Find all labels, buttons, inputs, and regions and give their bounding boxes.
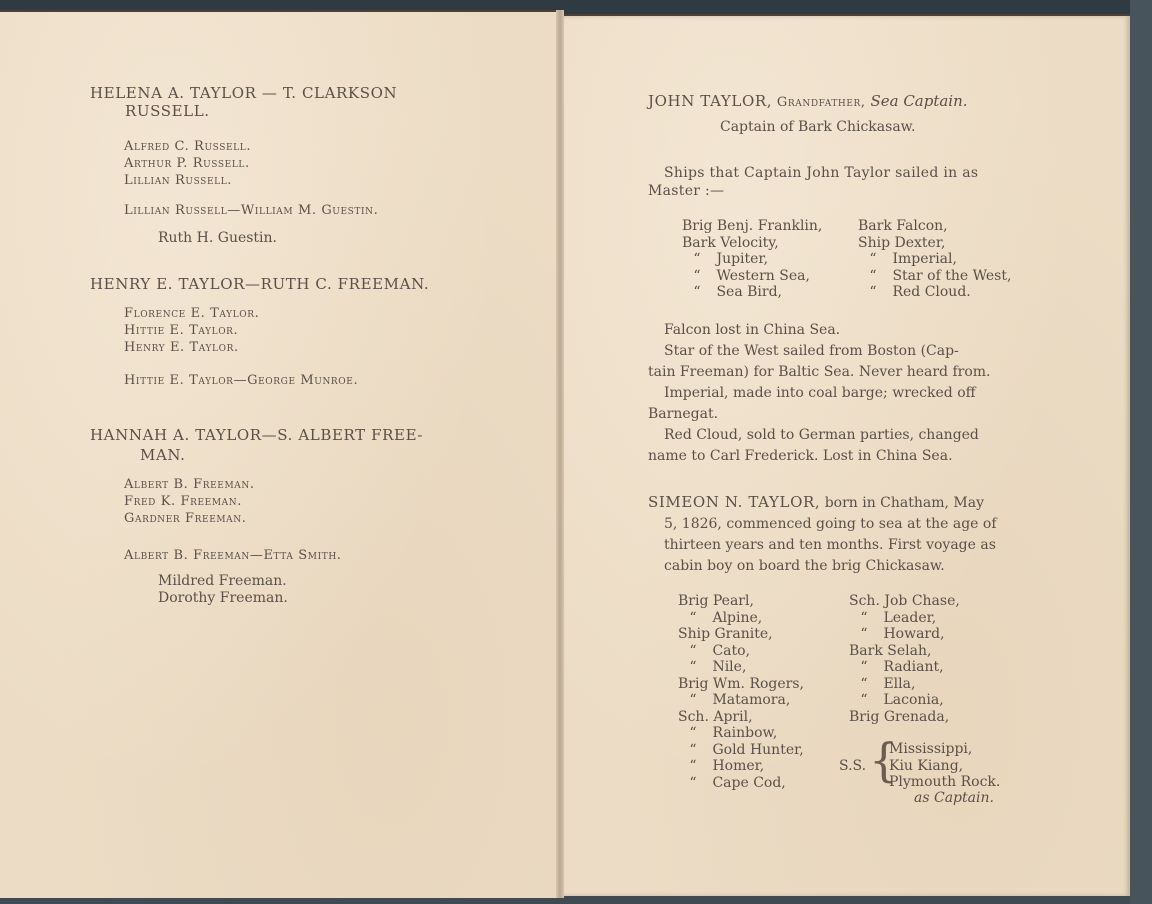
- john-ships-list: Brig Benj. Franklin, Bark Velocity, “ Ju…: [682, 218, 1042, 308]
- child-name: Arthur P. Russell.: [124, 155, 251, 172]
- intro-line: Master :—: [648, 182, 978, 200]
- sub-marriage-albert: Albert B. Freeman—Etta Smith.: [124, 547, 342, 565]
- ship-entry: Sch. April,: [678, 709, 804, 726]
- john-intro: Ships that Captain John Taylor sailed in…: [664, 164, 978, 200]
- sub-marriage-lillian: Lillian Russell—William M. Guestin.: [124, 202, 378, 220]
- family-heading-hannah: HANNAH A. TAYLOR—S. ALBERT FREE- MAN.: [90, 426, 423, 464]
- john-subtitle: Captain of Bark Chickasaw.: [720, 118, 915, 136]
- sub-marriage-hittie: Hittie E. Taylor—George Munroe.: [124, 372, 358, 390]
- child-name: Fred K. Freeman.: [124, 493, 255, 510]
- family-heading-henry: HENRY E. TAYLOR—RUTH C. FREEMAN.: [90, 275, 429, 293]
- child-name: Alfred C. Russell.: [124, 138, 251, 155]
- ship-entry: “ Ella,: [849, 676, 960, 693]
- ship-entry: “ Nile,: [678, 659, 804, 676]
- ship-entry: “ Jupiter,: [682, 251, 822, 268]
- heading-line: HANNAH A. TAYLOR—S. ALBERT FREE-: [90, 426, 423, 444]
- intro-line: Ships that Captain John Taylor sailed in…: [664, 164, 978, 182]
- ship-entry: Sch. Job Chase,: [849, 593, 960, 610]
- note-line: tain Freeman) for Baltic Sea. Never hear…: [648, 362, 1028, 383]
- child-name: Albert B. Freeman.: [124, 476, 255, 493]
- children-list-hannah: Albert B. Freeman. Fred K. Freeman. Gard…: [124, 476, 255, 527]
- ship-entry: “ Star of the West,: [858, 268, 1011, 285]
- simeon-ships-list: Brig Pearl, “ Alpine, Ship Granite, “ Ca…: [678, 593, 1058, 803]
- note-line: name to Carl Frederick. Lost in China Se…: [648, 446, 1028, 467]
- ship-entry: “ Laconia,: [849, 692, 960, 709]
- bio-line: 5, 1826, commenced going to sea at the a…: [648, 514, 997, 535]
- ship-entry: “ Imperial,: [858, 251, 1011, 268]
- grandchild-name: Dorothy Freeman.: [158, 590, 288, 607]
- ship-entry: Bark Selah,: [849, 643, 960, 660]
- ship-entry: “ Radiant,: [849, 659, 960, 676]
- ship-entry: “ Western Sea,: [682, 268, 822, 285]
- ship-entry: “ Alpine,: [678, 610, 804, 627]
- john-ship-notes: Falcon lost in China Sea. Star of the We…: [648, 320, 1028, 467]
- ship-entry: “ Matamora,: [678, 692, 804, 709]
- john-ships-col-right: Bark Falcon, Ship Dexter, “ Imperial, “ …: [858, 218, 1011, 301]
- ship-entry: “ Homer,: [678, 758, 804, 775]
- heading-line: HELENA A. TAYLOR — T. CLARKSON: [90, 84, 397, 102]
- ship-entry: “ Cato,: [678, 643, 804, 660]
- steamship-name: Mississippi,: [889, 741, 1000, 758]
- ship-entry: Brig Pearl,: [678, 593, 804, 610]
- note-line: Imperial, made into coal barge; wrecked …: [648, 383, 1028, 404]
- john-taylor-heading: JOHN TAYLOR, Grandfather, Sea Captain.: [648, 92, 968, 112]
- children-list-henry: Florence E. Taylor. Hittie E. Taylor. He…: [124, 305, 259, 356]
- book-cover-edge: [1130, 0, 1152, 904]
- ship-entry: “ Cape Cod,: [678, 775, 804, 792]
- child-name: Lillian Russell.: [124, 172, 251, 189]
- steamship-name: Kiu Kiang,: [889, 758, 1000, 775]
- ship-entry: “ Rainbow,: [678, 725, 804, 742]
- ship-entry: “ Gold Hunter,: [678, 742, 804, 759]
- child-name: Henry E. Taylor.: [124, 339, 259, 356]
- note-line: Falcon lost in China Sea.: [648, 320, 1028, 341]
- ship-entry: Bark Falcon,: [858, 218, 1011, 235]
- steamship-names: Mississippi, Kiu Kiang, Plymouth Rock.: [889, 741, 1000, 791]
- john-relation: Grandfather,: [777, 95, 866, 110]
- ship-entry: “ Sea Bird,: [682, 284, 822, 301]
- simeon-name: SIMEON N. TAYLOR,: [648, 493, 820, 511]
- john-occupation: Sea Captain.: [870, 92, 967, 110]
- simeon-ships-col-left: Brig Pearl, “ Alpine, Ship Granite, “ Ca…: [678, 593, 804, 791]
- note-line: Star of the West sailed from Boston (Cap…: [648, 341, 1028, 362]
- as-captain-note: as Captain.: [914, 790, 994, 807]
- child-name: Gardner Freeman.: [124, 510, 255, 527]
- heading-line: RUSSELL.: [90, 102, 397, 120]
- family-heading-helena: HELENA A. TAYLOR — T. CLARKSON RUSSELL.: [90, 84, 397, 120]
- steamship-prefix: S.S.: [839, 758, 866, 775]
- ship-entry: “ Red Cloud.: [858, 284, 1011, 301]
- ship-entry: Ship Dexter,: [858, 235, 1011, 252]
- simeon-bio: SIMEON N. TAYLOR, born in Chatham, May 5…: [648, 492, 997, 577]
- ship-entry: “ Howard,: [849, 626, 960, 643]
- john-ships-col-left: Brig Benj. Franklin, Bark Velocity, “ Ju…: [682, 218, 822, 301]
- bio-line: SIMEON N. TAYLOR, born in Chatham, May: [648, 492, 997, 514]
- ship-entry: Brig Wm. Rogers,: [678, 676, 804, 693]
- john-name: JOHN TAYLOR,: [648, 92, 772, 110]
- ship-entry: Brig Grenada,: [849, 709, 960, 726]
- ship-entry: Ship Granite,: [678, 626, 804, 643]
- child-name: Hittie E. Taylor.: [124, 322, 259, 339]
- ship-entry: Bark Velocity,: [682, 235, 822, 252]
- steamship-name: Plymouth Rock.: [889, 774, 1000, 791]
- heading-line: MAN.: [90, 446, 423, 464]
- heading-line: HENRY E. TAYLOR—RUTH C. FREEMAN.: [90, 275, 429, 293]
- bio-line: thirteen years and ten months. First voy…: [648, 535, 997, 556]
- simeon-ships-col-right: Sch. Job Chase, “ Leader, “ Howard, Bark…: [849, 593, 960, 725]
- left-page: HELENA A. TAYLOR — T. CLARKSON RUSSELL. …: [0, 10, 558, 898]
- grandchild-ruth: Ruth H. Guestin.: [158, 229, 277, 247]
- child-name: Florence E. Taylor.: [124, 305, 259, 322]
- bio-line: cabin boy on board the brig Chickasaw.: [648, 556, 997, 577]
- grandchildren-albert: Mildred Freeman. Dorothy Freeman.: [158, 573, 288, 607]
- note-line: Barnegat.: [648, 404, 1028, 425]
- book-gutter: [556, 10, 564, 898]
- note-line: Red Cloud, sold to German parties, chang…: [648, 425, 1028, 446]
- grandchild-name: Mildred Freeman.: [158, 573, 288, 590]
- children-list-helena: Alfred C. Russell. Arthur P. Russell. Li…: [124, 138, 251, 189]
- ship-entry: Brig Benj. Franklin,: [682, 218, 822, 235]
- ship-entry: “ Leader,: [849, 610, 960, 627]
- right-page: JOHN TAYLOR, Grandfather, Sea Captain. C…: [564, 14, 1130, 896]
